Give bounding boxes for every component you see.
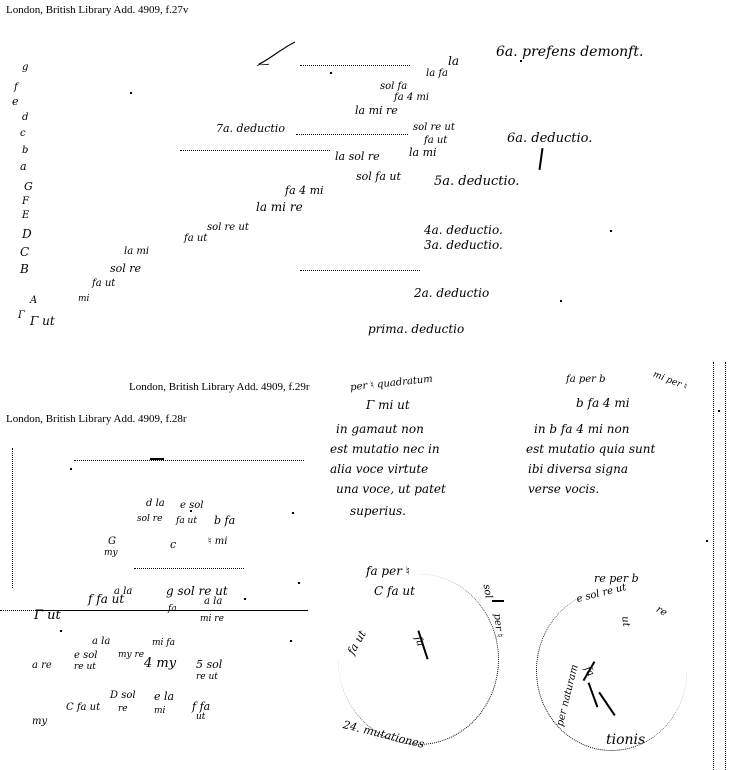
f28r-note: e la: [154, 690, 174, 703]
deductio-label: 2a. deductio: [414, 286, 489, 300]
gamma-ut-label: Γ ut: [34, 608, 61, 623]
f29r-left-line: in gamaut non: [336, 422, 424, 436]
f29r-left-line: est mutatio nec in: [330, 442, 440, 456]
margin-letter: B: [20, 262, 29, 276]
step-label: fa ut: [92, 278, 115, 289]
deductio-label: 4a. deductio.: [424, 223, 503, 237]
margin-letter: A: [30, 295, 37, 306]
step-label: fa ut: [184, 233, 207, 244]
step-label: sol re: [110, 262, 141, 275]
manuscript-f27v: 6a. prefens demonft. g f e d c b a G F E…: [0, 20, 734, 360]
f28r-note: mi fa: [152, 638, 175, 648]
f28r-note: d la: [146, 498, 165, 509]
deductio-label: 6a. deductio.: [507, 131, 592, 146]
circle-right-label: tionis: [606, 732, 645, 748]
f29r-right-subtitle: b fa 4 mi: [576, 396, 630, 410]
f28r-note: a re: [32, 660, 52, 671]
margin-letter: F: [22, 196, 29, 207]
manuscript-f29r: per ♮ quadratum Γ mi ut in gamaut non es…: [330, 360, 734, 770]
deductio-label: prima. deductio: [368, 322, 464, 336]
step-label: la sol re: [335, 150, 380, 163]
step-label: fa 4 mi: [394, 92, 429, 103]
f29r-right-line: est mutatio quia sunt: [526, 442, 655, 456]
step-label: fa ut: [424, 135, 447, 146]
step-label: la mi re: [355, 104, 398, 117]
deductio-label: 5a. deductio.: [434, 174, 519, 189]
f28r-note: a la: [92, 636, 110, 647]
margin-letter: f: [14, 82, 18, 93]
f29r-right-corner: mi per ♮: [651, 370, 688, 393]
step-label: sol re ut: [207, 222, 249, 233]
f28r-note: 5 sol: [196, 658, 222, 671]
circle-right-label: ut: [619, 616, 631, 628]
circle-left-label: sol: [481, 583, 494, 599]
deductio-label: 3a. deductio.: [424, 238, 503, 252]
f28r-note: a la: [204, 596, 222, 607]
f28r-note: b fa: [214, 514, 235, 527]
margin-letter: E: [22, 210, 29, 221]
f29r-left-line: una voce, ut patet: [336, 482, 446, 496]
f28r-note: D sol: [110, 690, 136, 701]
margin-letter: Γ: [18, 310, 25, 321]
f28r-note: f fa ut: [88, 592, 124, 606]
f28r-note: fa: [168, 604, 177, 614]
f28r-note: C fa ut: [66, 702, 100, 713]
mutation-circle-left: [338, 574, 499, 745]
caption-f27v: London, British Library Add. 4909, f.27v: [6, 4, 188, 16]
margin-letter: D: [22, 227, 32, 241]
caption-f28r: London, British Library Add. 4909, f.28r: [6, 413, 187, 425]
margin-letter: e: [12, 95, 19, 108]
margin-letter: c: [20, 128, 26, 139]
step-label: la fa: [426, 68, 448, 79]
f28r-note: mi re: [200, 614, 224, 624]
f28r-note: my: [32, 716, 47, 727]
f28r-note: ut: [196, 712, 205, 722]
step-label: sol fa ut: [356, 170, 401, 183]
step-label: Γ ut: [30, 314, 55, 328]
step-label: mi: [78, 294, 89, 304]
f29r-left-line: alia voce virtute: [330, 462, 428, 476]
margin-letter: a: [20, 160, 27, 173]
step-label: la: [448, 54, 459, 68]
step-label: sol fa: [380, 81, 407, 92]
step-label: fa 4 mi: [285, 184, 324, 197]
f28r-note: my re: [118, 650, 144, 660]
deductio-label: 7a. deductio: [216, 122, 285, 135]
f28r-note: e sol: [74, 650, 97, 661]
f28r-note: c: [170, 538, 176, 551]
f28r-note: 4 my: [144, 656, 176, 671]
f29r-right-title: fa per b: [566, 374, 606, 385]
f29r-right-line: verse vocis.: [528, 482, 599, 496]
staff-line: [36, 610, 308, 611]
margin-letter: G: [24, 180, 33, 193]
f28r-note: mi: [154, 706, 165, 716]
f29r-left-title: per ♮ quadratum: [350, 374, 434, 394]
f28r-note: ♮ mi: [208, 536, 227, 547]
margin-letter: C: [20, 245, 29, 259]
f28r-note: my: [104, 548, 118, 558]
f29r-left-subtitle: Γ mi ut: [366, 398, 410, 412]
margin-letter: d: [22, 112, 28, 123]
f28r-note: sol re: [137, 514, 162, 524]
heading-text: 6a. prefens demonft.: [496, 44, 643, 60]
step-label: la mi: [124, 246, 149, 257]
f28r-note: re ut: [74, 662, 96, 672]
margin-letter: b: [22, 145, 28, 156]
circle-left-label: per ♮: [491, 613, 504, 638]
f29r-right-line: ibi diversa signa: [528, 462, 628, 476]
f29r-left-line: superius.: [350, 504, 406, 518]
step-label: sol re ut: [413, 122, 455, 133]
f29r-right-line: in b fa 4 mi non: [534, 422, 629, 436]
step-label: la mi: [409, 146, 437, 159]
caption-f29r: London, British Library Add. 4909, f.29r: [129, 381, 310, 393]
f28r-note: fa ut: [176, 516, 197, 526]
margin-letter: g: [22, 62, 28, 73]
circle-left-title: fa per ♮: [366, 564, 410, 578]
f28r-note: re: [118, 704, 128, 714]
f28r-note: re ut: [196, 672, 218, 682]
circle-left-subtitle: C fa ut: [374, 584, 415, 598]
step-label: la mi re: [256, 200, 303, 214]
f28r-note: G: [108, 536, 116, 547]
manuscript-f28r: d la e sol sol re fa ut b fa G c ♮ mi my…: [0, 428, 330, 770]
